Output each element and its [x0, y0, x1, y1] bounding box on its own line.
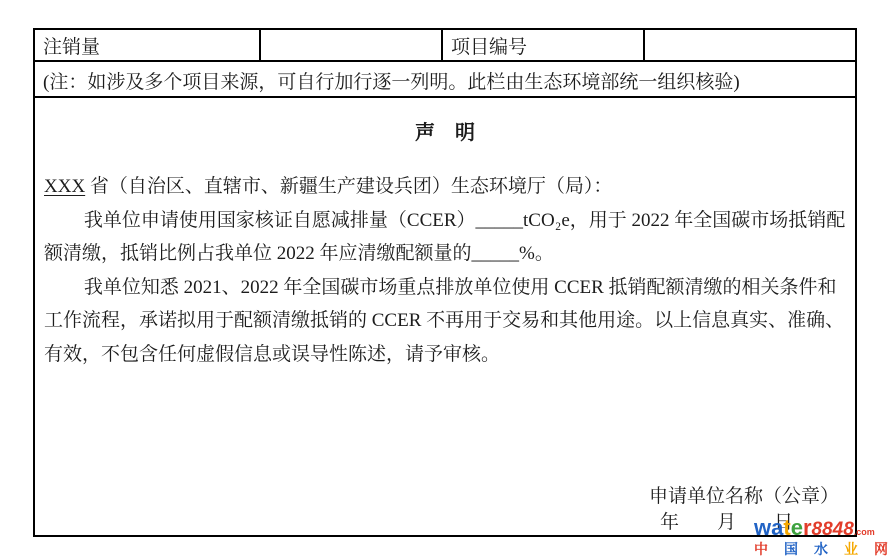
deregistration-amount-label: 注销量 — [43, 32, 100, 59]
amount-blank: _____ — [476, 210, 524, 231]
watermark-tagline-char: 网 — [874, 542, 888, 556]
table-header-row: 注销量 项目编号 — [35, 30, 855, 62]
province-placeholder: XXX — [44, 176, 85, 197]
watermark-tagline: 中 国 水 业 网 — [754, 542, 892, 556]
watermark-tagline-char: 业 — [844, 542, 858, 556]
watermark-tagline-char: 中 — [754, 542, 768, 556]
paragraph-commitment: 我单位知悉 2021、2022 年全国碳市场重点排放单位使用 CCER 抵销配额… — [44, 271, 846, 372]
watermark-wordmark: water8848.com — [754, 517, 892, 539]
paragraph-ccer-amount: 我单位申请使用国家核证自愿减排量（CCER）_____tCO₂e，用于 2022… — [44, 204, 846, 271]
watermark-letter: e — [791, 515, 803, 540]
project-number-value-cell — [645, 30, 855, 60]
declaration-title: 声 明 — [44, 98, 846, 146]
note-row: (注：如涉及多个项目来源，可自行加行逐一列明。此栏由生态环境部统一组织核验) — [35, 62, 855, 98]
percent-blank: _____ — [472, 243, 520, 264]
para1-text-1: 我单位申请使用国家核证自愿减排量（CCER） — [84, 210, 476, 231]
watermark-letter: t — [783, 515, 790, 540]
form-table: 注销量 项目编号 (注：如涉及多个项目来源，可自行加行逐一列明。此栏由生态环境部… — [33, 28, 857, 537]
deregistration-amount-value-cell — [261, 30, 443, 60]
watermark-logo: water8848.com 中 国 水 业 网 — [754, 517, 892, 556]
watermark-number: 8848 — [812, 519, 854, 540]
watermark-tld: .com — [854, 527, 875, 537]
salutation-text: 省（自治区、直辖市、新疆生产建设兵团）生态环境厅（局）： — [85, 176, 612, 197]
watermark-letter: w — [754, 515, 771, 540]
salutation-line: XXX 省（自治区、直辖市、新疆生产建设兵团）生态环境厅（局）： — [44, 170, 846, 204]
watermark-letter: r — [803, 515, 812, 540]
document-page: { "table": { "row1": [ { "label": "注销量",… — [0, 0, 893, 559]
project-number-label: 项目编号 — [451, 32, 527, 59]
watermark-tagline-char: 国 — [784, 542, 798, 556]
para1-text-3: %。 — [519, 243, 554, 264]
project-number-label-cell: 项目编号 — [443, 30, 645, 60]
note-text: (注：如涉及多个项目来源，可自行加行逐一列明。此栏由生态环境部统一组织核验) — [43, 72, 740, 93]
watermark-tagline-char: 水 — [814, 542, 828, 556]
deregistration-amount-label-cell: 注销量 — [35, 30, 261, 60]
declaration-section: 声 明 XXX 省（自治区、直辖市、新疆生产建设兵团）生态环境厅（局）： 我单位… — [35, 98, 855, 533]
watermark-letter: a — [771, 515, 783, 540]
